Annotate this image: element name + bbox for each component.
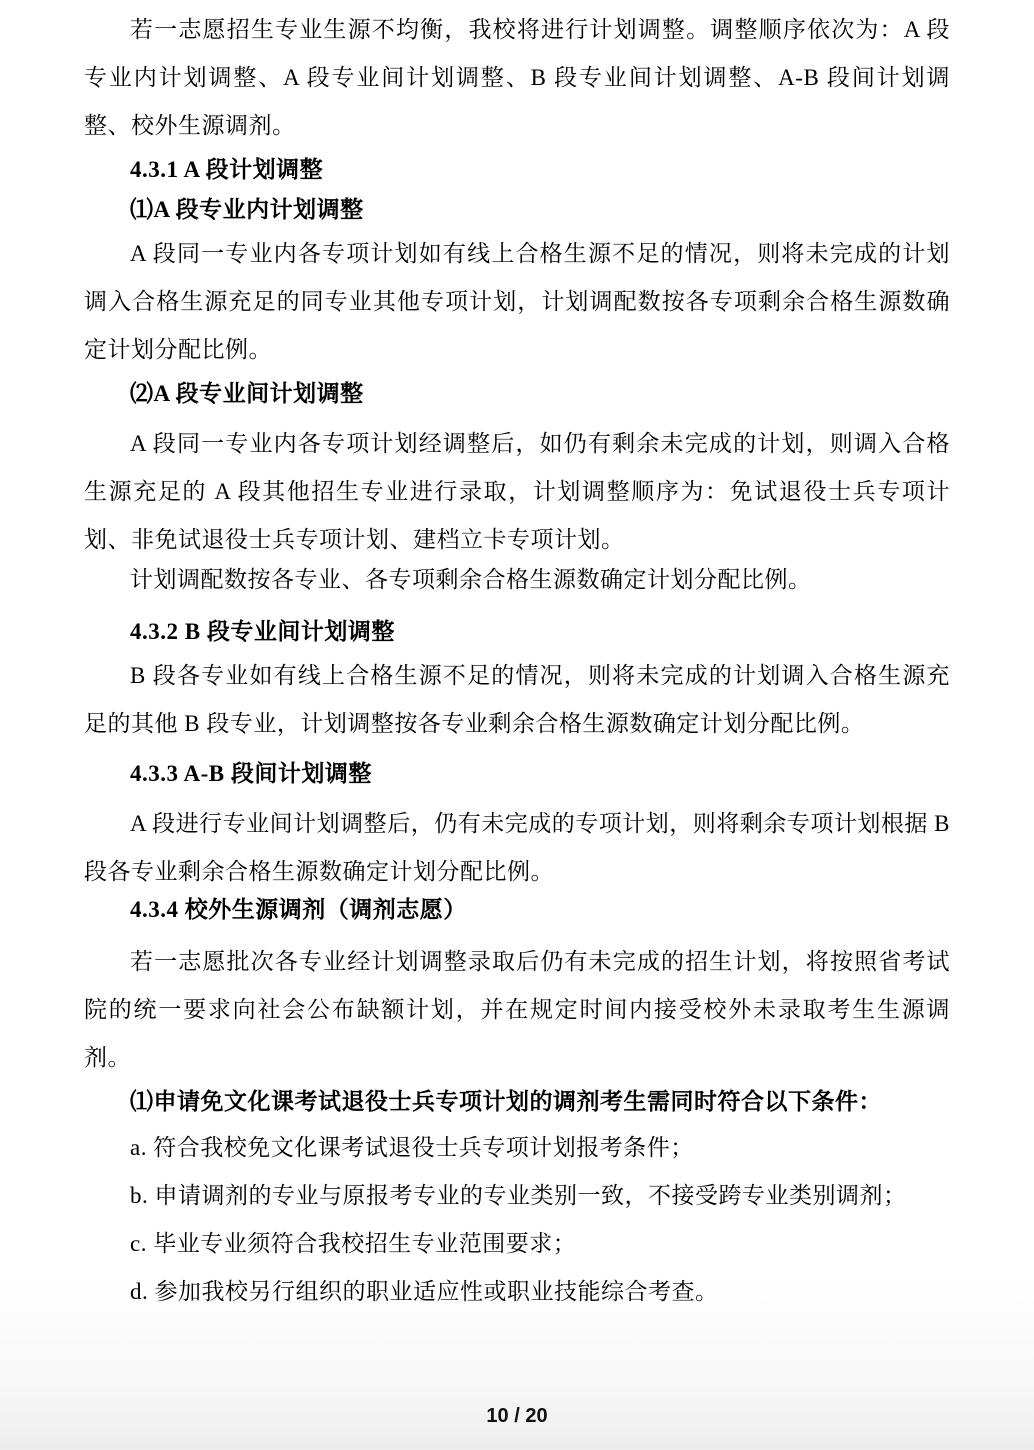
heading-4-3-1: 4.3.1 A 段计划调整 [84,150,950,190]
paragraph-a-inter-adjustment: A 段同一专业内各专项计划经调整后，如仍有剩余未完成的计划，则调入合格生源充足的… [84,420,950,564]
paragraph-allocation-ratio: 计划调配数按各专业、各专项剩余合格生源数确定计划分配比例。 [84,556,950,604]
heading-4-3-2: 4.3.2 B 段专业间计划调整 [84,612,950,652]
paragraph-b-section-adjustment: B 段各专业如有线上合格生源不足的情况，则将未完成的计划调入合格生源充足的其他 … [84,652,950,748]
paragraph-ab-section-adjustment: A 段进行专业间计划调整后，仍有未完成的专项计划，则将剩余专项计划根据 B 段各… [84,800,950,896]
heading-4-3-1-sub-2: ⑵A 段专业间计划调整 [84,374,950,414]
condition-item-b: b. 申请调剂的专业与原报考专业的专业类别一致，不接受跨专业类别调剂； [84,1172,950,1220]
heading-transfer-conditions: ⑴申请免文化课考试退役士兵专项计划的调剂考生需同时符合以下条件： [84,1082,950,1122]
page-number-indicator: 10 / 20 [0,1400,1034,1432]
document-page: 若一志愿招生专业生源不均衡，我校将进行计划调整。调整顺序依次为：A 段专业内计划… [0,0,1034,1450]
heading-4-3-3: 4.3.3 A-B 段间计划调整 [84,754,950,794]
condition-item-c: c. 毕业专业须符合我校招生专业范围要求； [84,1220,950,1268]
condition-item-d: d. 参加我校另行组织的职业适应性或职业技能综合考查。 [84,1268,950,1316]
heading-4-3-1-sub-1: ⑴A 段专业内计划调整 [84,190,950,230]
heading-4-3-4: 4.3.4 校外生源调剂（调剂志愿） [84,890,950,930]
document-body: 若一志愿招生专业生源不均衡，我校将进行计划调整。调整顺序依次为：A 段专业内计划… [84,6,950,1316]
condition-item-a: a. 符合我校免文化课考试退役士兵专项计划报考条件； [84,1124,950,1172]
intro-paragraph: 若一志愿招生专业生源不均衡，我校将进行计划调整。调整顺序依次为：A 段专业内计划… [84,6,950,150]
paragraph-external-transfer: 若一志愿批次各专业经计划调整录取后仍有未完成的招生计划，将按照省考试院的统一要求… [84,938,950,1082]
paragraph-a-intra-adjustment: A 段同一专业内各专项计划如有线上合格生源不足的情况，则将未完成的计划调入合格生… [84,230,950,374]
